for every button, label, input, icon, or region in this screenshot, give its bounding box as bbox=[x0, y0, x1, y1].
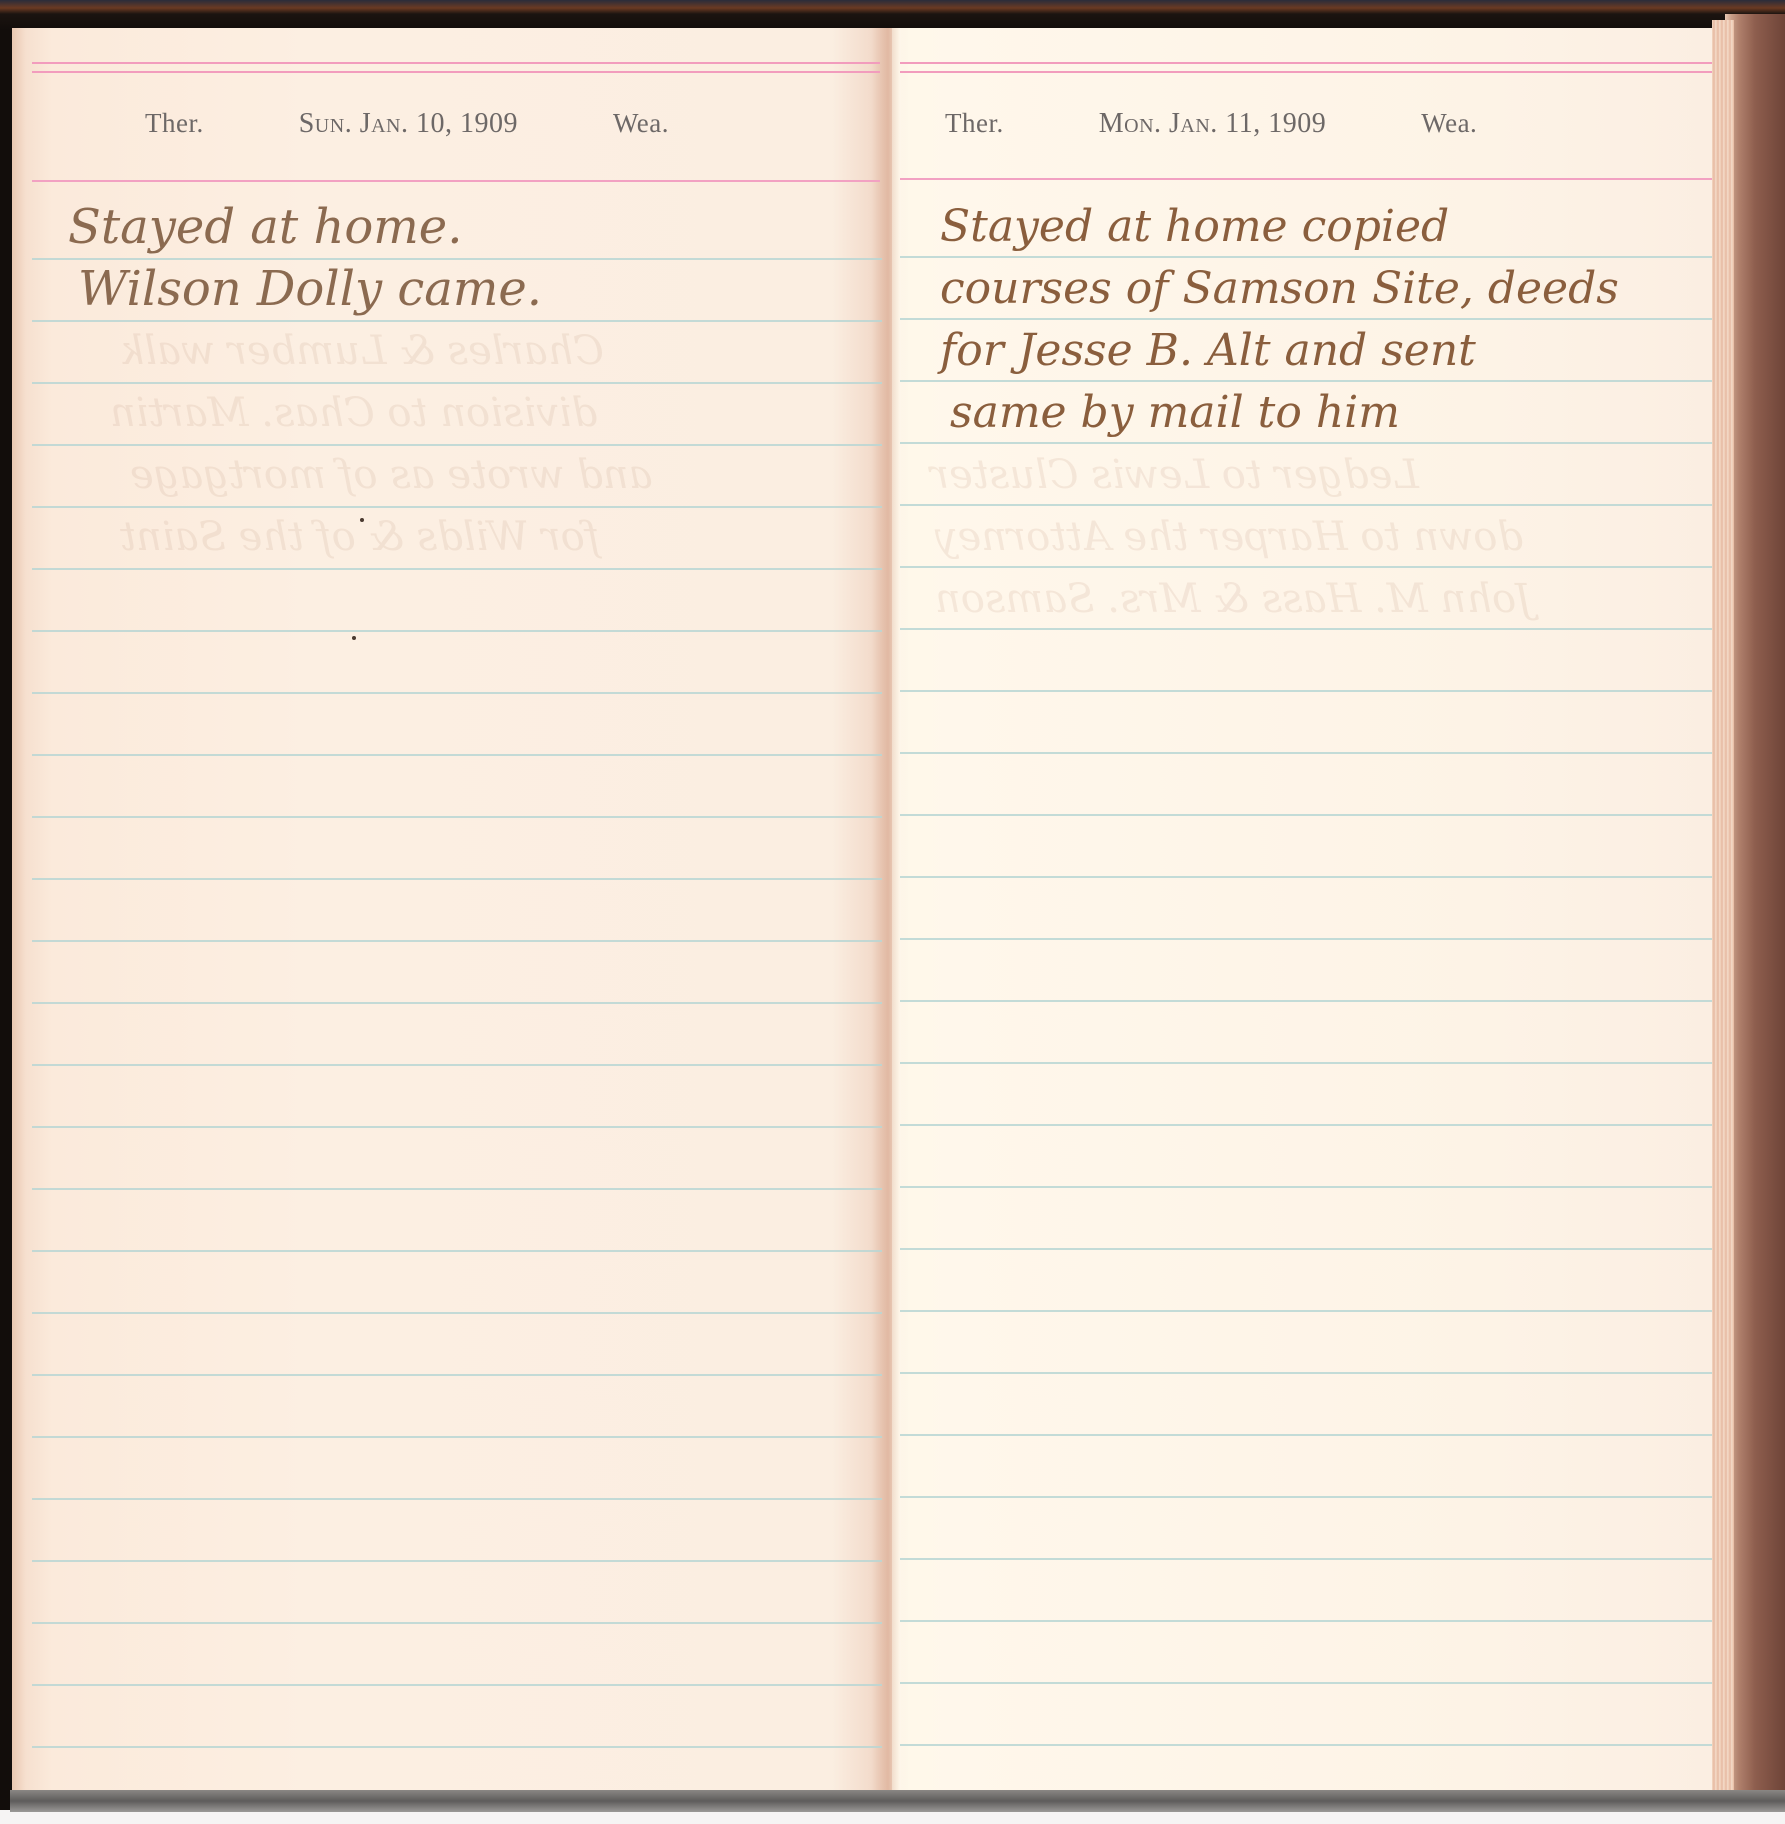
date-heading: Mon. Jan. 11, 1909 bbox=[1099, 108, 1327, 140]
right-entry-line-2: courses of Samson Site, deeds bbox=[940, 258, 1619, 320]
ruled-line bbox=[900, 1186, 1712, 1188]
right-entry-line-3: for Jesse B. Alt and sent bbox=[940, 320, 1476, 382]
ruled-line bbox=[900, 938, 1712, 940]
ink-speck bbox=[352, 636, 356, 640]
ruled-line bbox=[900, 1682, 1712, 1684]
ruled-line bbox=[32, 1312, 882, 1314]
left-entry-line-1: Stayed at home. bbox=[68, 196, 462, 258]
weather-label: Wea. bbox=[1421, 108, 1477, 139]
ruled-line bbox=[900, 690, 1712, 692]
ruled-line bbox=[900, 1744, 1712, 1746]
date-heading: Sun. Jan. 10, 1909 bbox=[299, 108, 518, 140]
ruled-line bbox=[32, 1188, 882, 1190]
right-entry-line-1: Stayed at home copied bbox=[940, 196, 1449, 258]
right-header-separator bbox=[900, 178, 1712, 180]
ruled-line bbox=[900, 1620, 1712, 1622]
book-bottom-edge bbox=[10, 1790, 1785, 1812]
bleed-through-text: down to Harper the Attorney bbox=[935, 506, 1523, 568]
ruled-line bbox=[900, 1124, 1712, 1126]
ruled-line bbox=[32, 878, 882, 880]
left-page-header: Ther. Sun. Jan. 10, 1909 Wea. bbox=[145, 108, 669, 140]
bleed-through-text: for Wilds & of the Saint bbox=[120, 506, 600, 568]
ruled-line bbox=[32, 754, 882, 756]
right-page-header: Ther. Mon. Jan. 11, 1909 Wea. bbox=[945, 108, 1477, 140]
bleed-through-text: and wrote as of mortgage bbox=[130, 444, 652, 506]
left-header-separator bbox=[32, 180, 880, 182]
book-gutter bbox=[872, 28, 912, 1790]
ruled-line bbox=[900, 1558, 1712, 1560]
bleed-through-text: Charles & Lumber walk bbox=[120, 320, 604, 382]
bleed-through-text: division to Chas. Martin bbox=[110, 382, 597, 444]
ruled-line bbox=[900, 1248, 1712, 1250]
ruled-line bbox=[32, 1498, 882, 1500]
ruled-line bbox=[32, 1126, 882, 1128]
ruled-line bbox=[32, 1002, 882, 1004]
ruled-line bbox=[32, 1684, 882, 1686]
ruled-line bbox=[32, 1436, 882, 1438]
left-entry-line-2: Wilson Dolly came. bbox=[78, 258, 542, 320]
ruled-line bbox=[32, 568, 882, 570]
bleed-through-text: John M. Hass & Mrs. Samson bbox=[935, 568, 1532, 630]
ruled-line bbox=[32, 1064, 882, 1066]
ruled-line bbox=[900, 752, 1712, 754]
ruled-line bbox=[32, 816, 882, 818]
right-entry-line-4: same by mail to him bbox=[950, 382, 1400, 444]
ruled-line bbox=[32, 692, 882, 694]
ruled-line bbox=[900, 876, 1712, 878]
ruled-line bbox=[900, 1310, 1712, 1312]
ruled-line bbox=[900, 1000, 1712, 1002]
thermometer-label: Ther. bbox=[145, 108, 204, 139]
right-top-double-rule-1 bbox=[900, 62, 1712, 64]
ruled-line bbox=[900, 814, 1712, 816]
ruled-line bbox=[900, 1434, 1712, 1436]
ruled-line bbox=[32, 1622, 882, 1624]
weather-label: Wea. bbox=[613, 108, 669, 139]
bleed-through-text: Ledger to Lewis Cluster bbox=[930, 444, 1419, 506]
ruled-line bbox=[32, 1250, 882, 1252]
ruled-line bbox=[32, 1374, 882, 1376]
ruled-line bbox=[32, 1746, 882, 1748]
right-top-double-rule-2 bbox=[900, 71, 1712, 73]
ruled-line bbox=[900, 1062, 1712, 1064]
ruled-line bbox=[32, 940, 882, 942]
left-top-double-rule-2 bbox=[32, 71, 880, 73]
left-top-double-rule-1 bbox=[32, 62, 880, 64]
thermometer-label: Ther. bbox=[945, 108, 1004, 139]
ink-speck bbox=[360, 518, 364, 522]
page-stack-edge bbox=[1712, 20, 1734, 1790]
book-cover-edge bbox=[1725, 14, 1785, 1804]
ruled-line bbox=[900, 1496, 1712, 1498]
ruled-line bbox=[32, 1560, 882, 1562]
ruled-line bbox=[900, 1372, 1712, 1374]
ruled-line bbox=[32, 630, 882, 632]
